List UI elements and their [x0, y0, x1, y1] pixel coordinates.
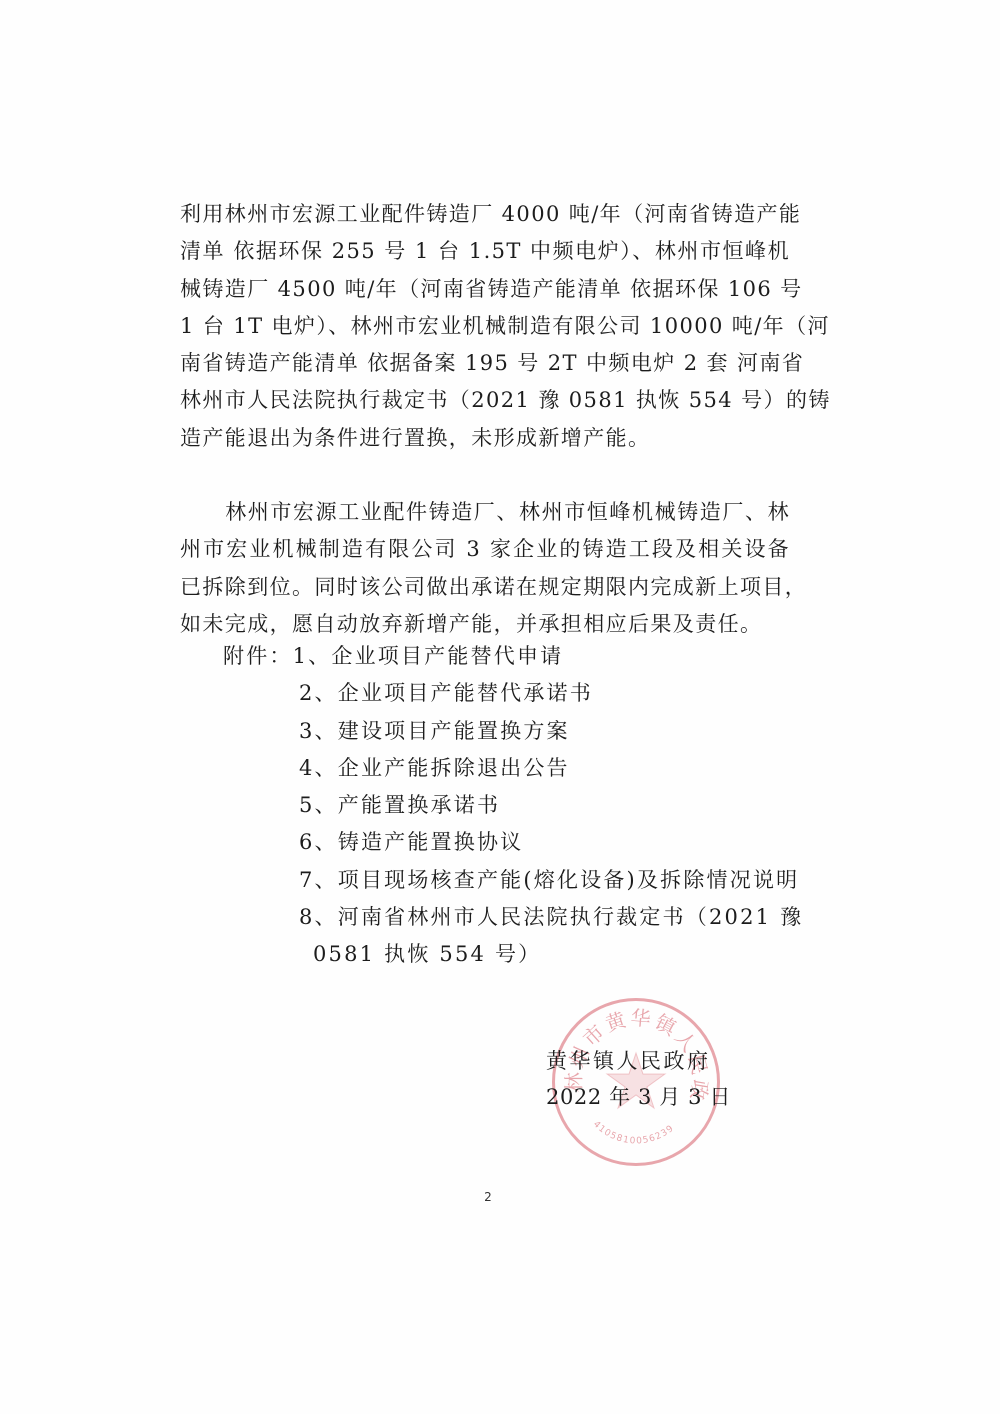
text-line: 造产能退出为条件进行置换，未形成新增产能。 [180, 420, 790, 457]
text-line: 州市宏业机械制造有限公司 3 家企业的铸造工段及相关设备 [180, 531, 790, 568]
attachment-item: 2、企业项目产能替代承诺书 [223, 675, 803, 712]
paragraph-replacement-basis: 利用林州市宏源工业配件铸造厂 4000 吨/年（河南省铸造产能 清单 依据环保 … [180, 196, 790, 457]
text-line: 械铸造厂 4500 吨/年（河南省铸造产能清单 依据环保 106 号 [180, 271, 790, 308]
seal-code: 4105810056239 [591, 1119, 676, 1146]
attachment-item: 附件：1、企业项目产能替代申请 [223, 638, 803, 675]
issue-date: 2022 年 3 月 3 日 [546, 1079, 746, 1115]
text-line: 林州市宏源工业配件铸造厂、林州市恒峰机械铸造厂、林 [180, 494, 790, 531]
issuing-organization: 黄华镇人民政府 [546, 1043, 746, 1079]
text-line: 1 台 1T 电炉）、林州市宏业机械制造有限公司 10000 吨/年（河 [180, 308, 790, 345]
document-page: 利用林州市宏源工业配件铸造厂 4000 吨/年（河南省铸造产能 清单 依据环保 … [0, 0, 1000, 1414]
attachments-list: 附件：1、企业项目产能替代申请 2、企业项目产能替代承诺书 3、建设项目产能置换… [223, 638, 803, 974]
text-line: 利用林州市宏源工业配件铸造厂 4000 吨/年（河南省铸造产能 [180, 196, 790, 233]
attachment-item: 6、铸造产能置换协议 [223, 824, 803, 861]
text-line: 已拆除到位。同时该公司做出承诺在规定期限内完成新上项目， [180, 569, 790, 606]
signature-block: 黄华镇人民政府 2022 年 3 月 3 日 [546, 1043, 746, 1115]
attachment-item: 5、产能置换承诺书 [223, 787, 803, 824]
attachment-item: 7、项目现场核查产能(熔化设备)及拆除情况说明 [223, 862, 803, 899]
attachments-label: 附件： [223, 644, 293, 668]
attachment-item: 4、企业产能拆除退出公告 [223, 750, 803, 787]
paragraph-demolition-commitment: 林州市宏源工业配件铸造厂、林州市恒峰机械铸造厂、林 州市宏业机械制造有限公司 3… [180, 494, 790, 643]
text-line: 南省铸造产能清单 依据备案 195 号 2T 中频电炉 2 套 河南省 [180, 345, 790, 382]
text-line: 清单 依据环保 255 号 1 台 1.5T 中频电炉）、林州市恒峰机 [180, 233, 790, 270]
text-line: 林州市人民法院执行裁定书（2021 豫 0581 执恢 554 号）的铸 [180, 382, 790, 419]
attachment-item-continued: 0581 执恢 554 号） [223, 936, 803, 973]
svg-text:4105810056239: 4105810056239 [591, 1119, 676, 1146]
page-number: 2 [478, 1190, 498, 1204]
attachment-item: 8、河南省林州市人民法院执行裁定书（2021 豫 [223, 899, 803, 936]
attachment-item: 3、建设项目产能置换方案 [223, 713, 803, 750]
